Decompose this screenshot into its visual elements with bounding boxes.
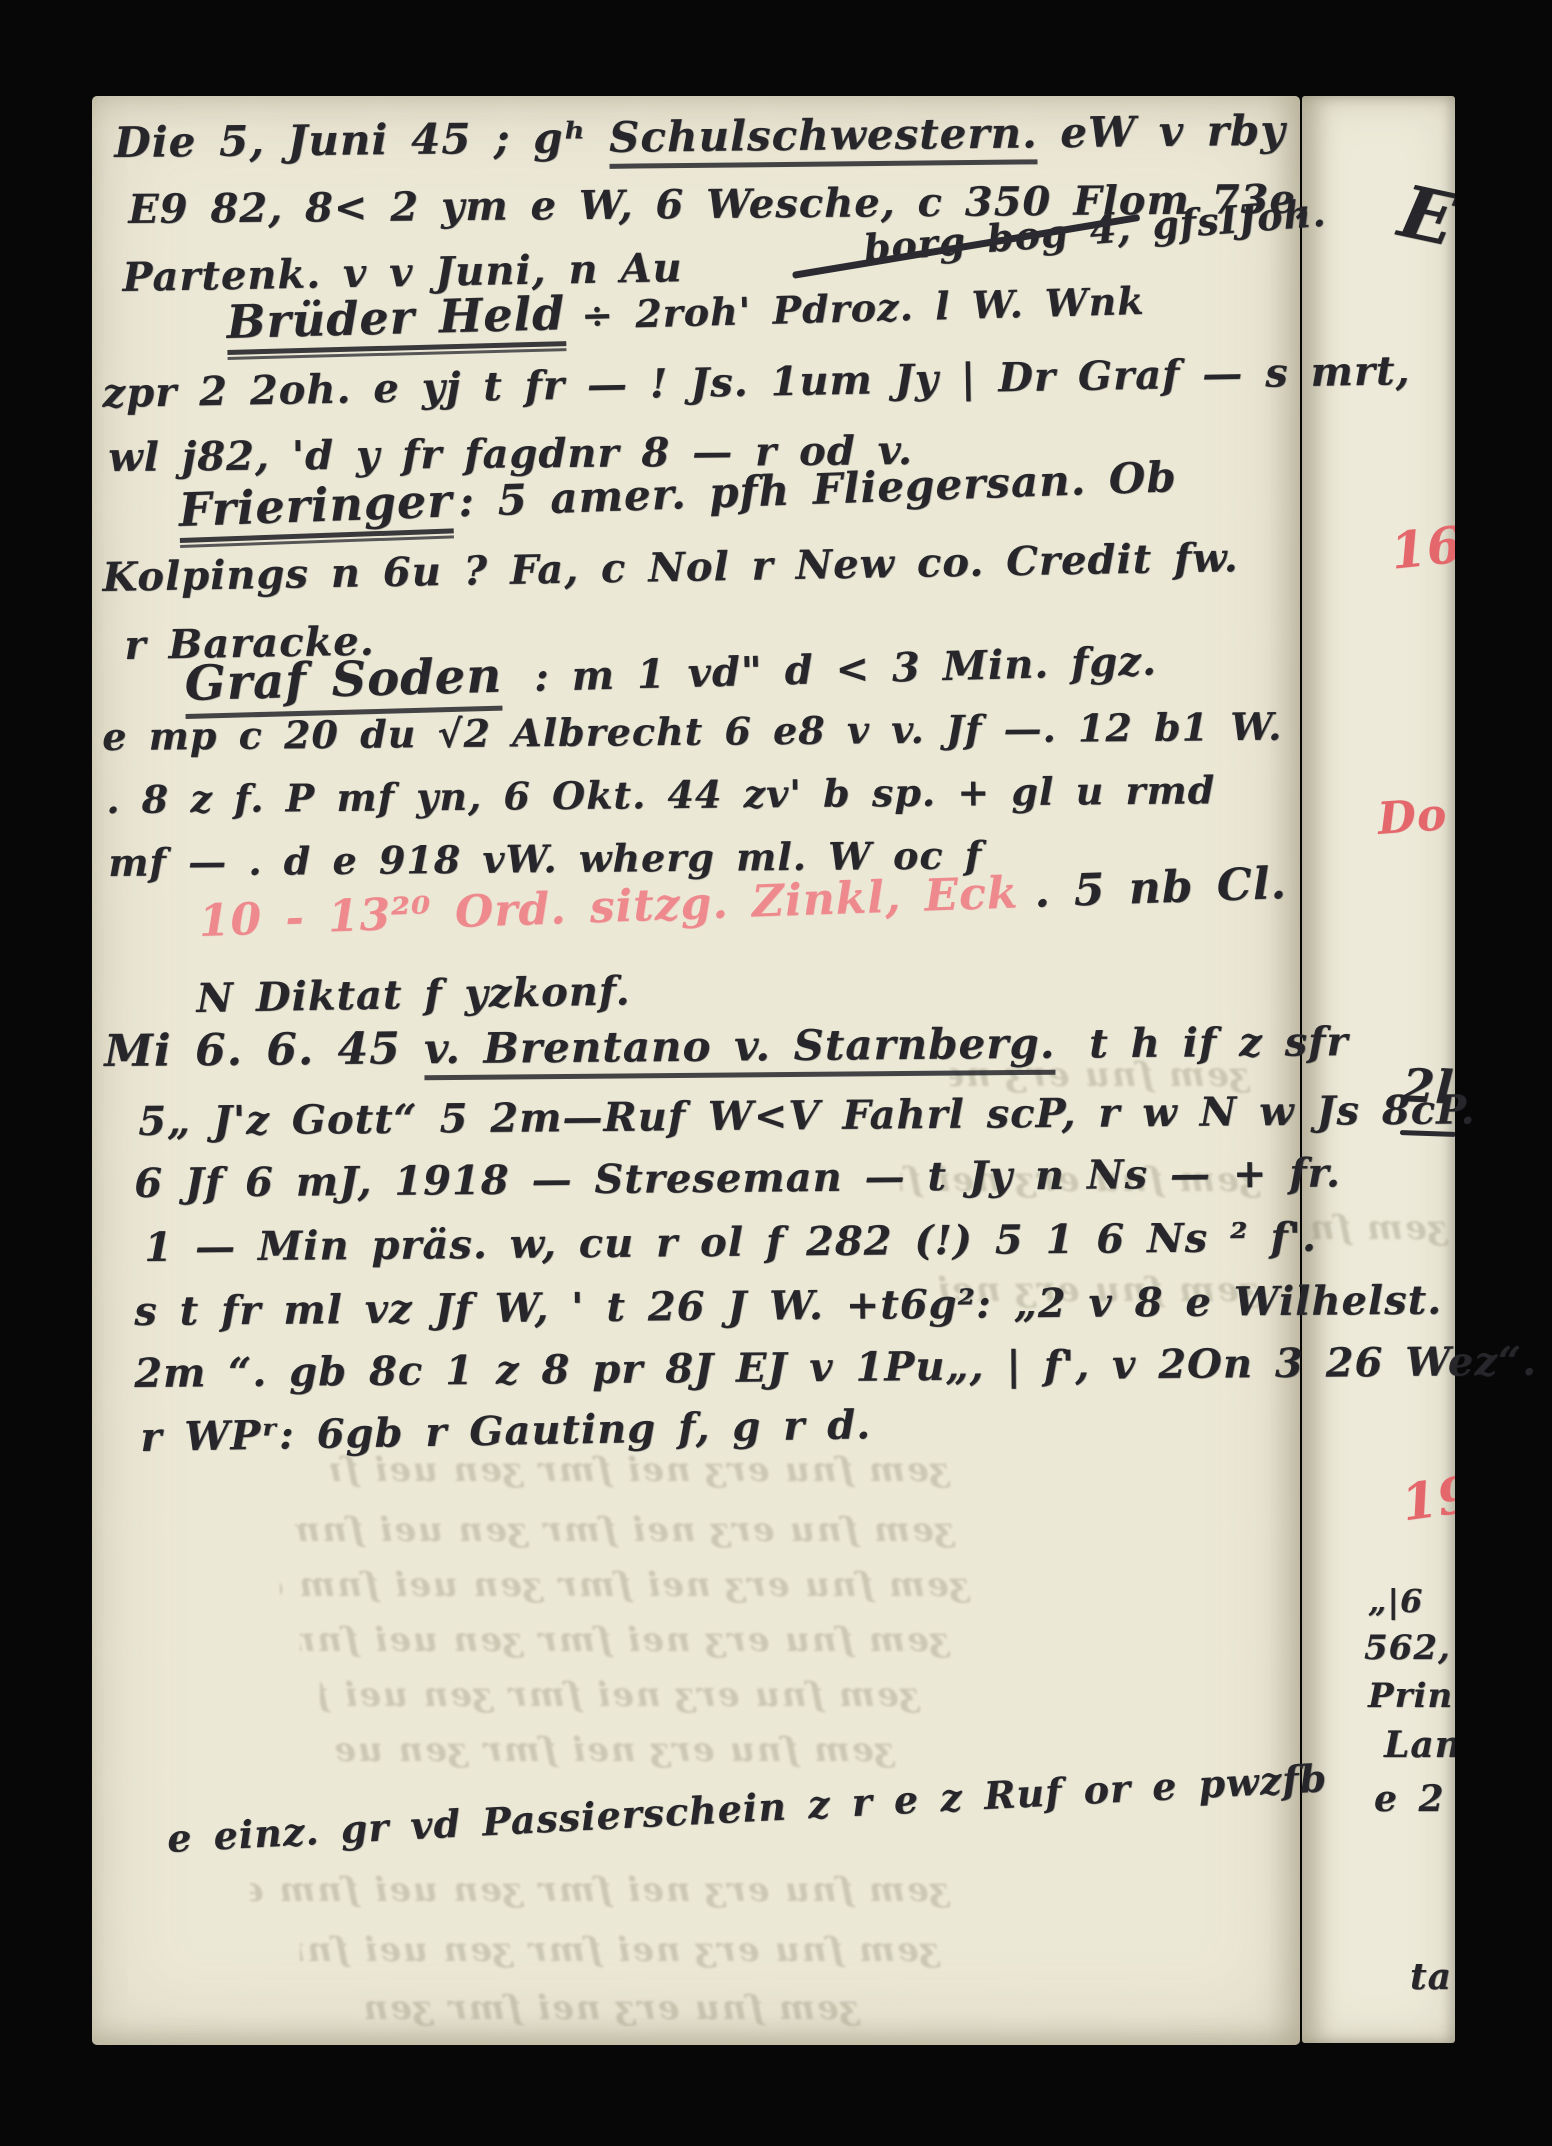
bleedthrough-line: ʒem ſnu erʒ nei ſmr ʒen uei ſnm erʒ mei … xyxy=(300,1620,950,1664)
bleedthrough-line: ʒem ſnu erʒ nei ſmr ʒen uei ſnm erʒ mei … xyxy=(295,1510,955,1554)
fragment-line-red-day: 19 xyxy=(1398,1464,1455,1532)
line-segment: t h if z sfr xyxy=(1067,1018,1349,1067)
bleedthrough-line: ʒem ſnu erʒ nei ſmr ʒen uei ſnm erʒ mei … xyxy=(330,1450,950,1494)
fragment-line-red-day: 16 xyxy=(1388,515,1455,581)
underlined-word: Schulschwestern. xyxy=(609,108,1038,168)
bleedthrough-line: ʒem ſnu erʒ nei ſmr ʒen uei ſnm erʒ mei … xyxy=(360,1988,860,2032)
heading-text: Frieringer xyxy=(178,476,453,543)
bleedthrough-line: ʒem ſnu erʒ nei ſmr ʒen uei ſnm erʒ mei … xyxy=(280,1565,970,1609)
underlined-name: v. Brentano v. Starnberg. xyxy=(424,1019,1056,1081)
heading-text: Brüder Held xyxy=(226,289,566,355)
fragment-line: e 2 xyxy=(1374,1778,1445,1820)
underlined-name: Brüder Held xyxy=(226,289,566,360)
fragment-line-red-day: Do xyxy=(1376,789,1449,845)
fragment-line: E xyxy=(1392,168,1455,263)
bleedthrough-line: ʒem ſnu erʒ nei ſmr ʒen uei ſnm erʒ mei … xyxy=(1310,1208,1448,1252)
line-segment: eW v rby xyxy=(1037,106,1286,158)
underlined-name: Graf Soden xyxy=(184,648,503,719)
fragment-line: Lan xyxy=(1384,1724,1455,1766)
line-segment: . 5 nb Cl. xyxy=(1033,858,1287,918)
bleedthrough-line: ʒem ſnu erʒ nei ſmr ʒen uei ſnm erʒ mei … xyxy=(320,1675,920,1719)
diary-line-date-entry: Mi 6. 6. 45 v. Brentano v. Starnberg. t … xyxy=(104,1015,1349,1077)
diary-line: N Diktat f yzkonf. xyxy=(196,967,631,1022)
line-segment: Die 5, Juni 45 ; gʰ xyxy=(114,113,609,167)
fragment-line: ta xyxy=(1410,1956,1452,1998)
underlined-name: Frieringer xyxy=(178,476,454,548)
photo-matte: E 16 Do 2l 19 „|6 562, Prin Lan e 2 ta ʒ… xyxy=(0,0,1552,2146)
fragment-line: Prin xyxy=(1368,1676,1453,1716)
line-segment: ÷ 2roh' Pdroz. l W. Wnk xyxy=(581,278,1145,338)
bleedthrough-line: ʒem ſnu erʒ nei ſmr ʒen uei ſnm erʒ mei … xyxy=(300,1930,940,1974)
line-segment: Mi 6. 6. 45 xyxy=(104,1023,424,1077)
fragment-line: „|6 xyxy=(1368,1582,1423,1620)
fragment-line: 562, xyxy=(1364,1628,1451,1668)
bleedthrough-line: ʒem ſnu erʒ nei ſmr ʒen uei ſnm erʒ mei … xyxy=(335,1730,895,1774)
bleedthrough-line: ʒem ſnu erʒ nei ſmr ʒen uei ſnm erʒ mei … xyxy=(250,1870,950,1914)
